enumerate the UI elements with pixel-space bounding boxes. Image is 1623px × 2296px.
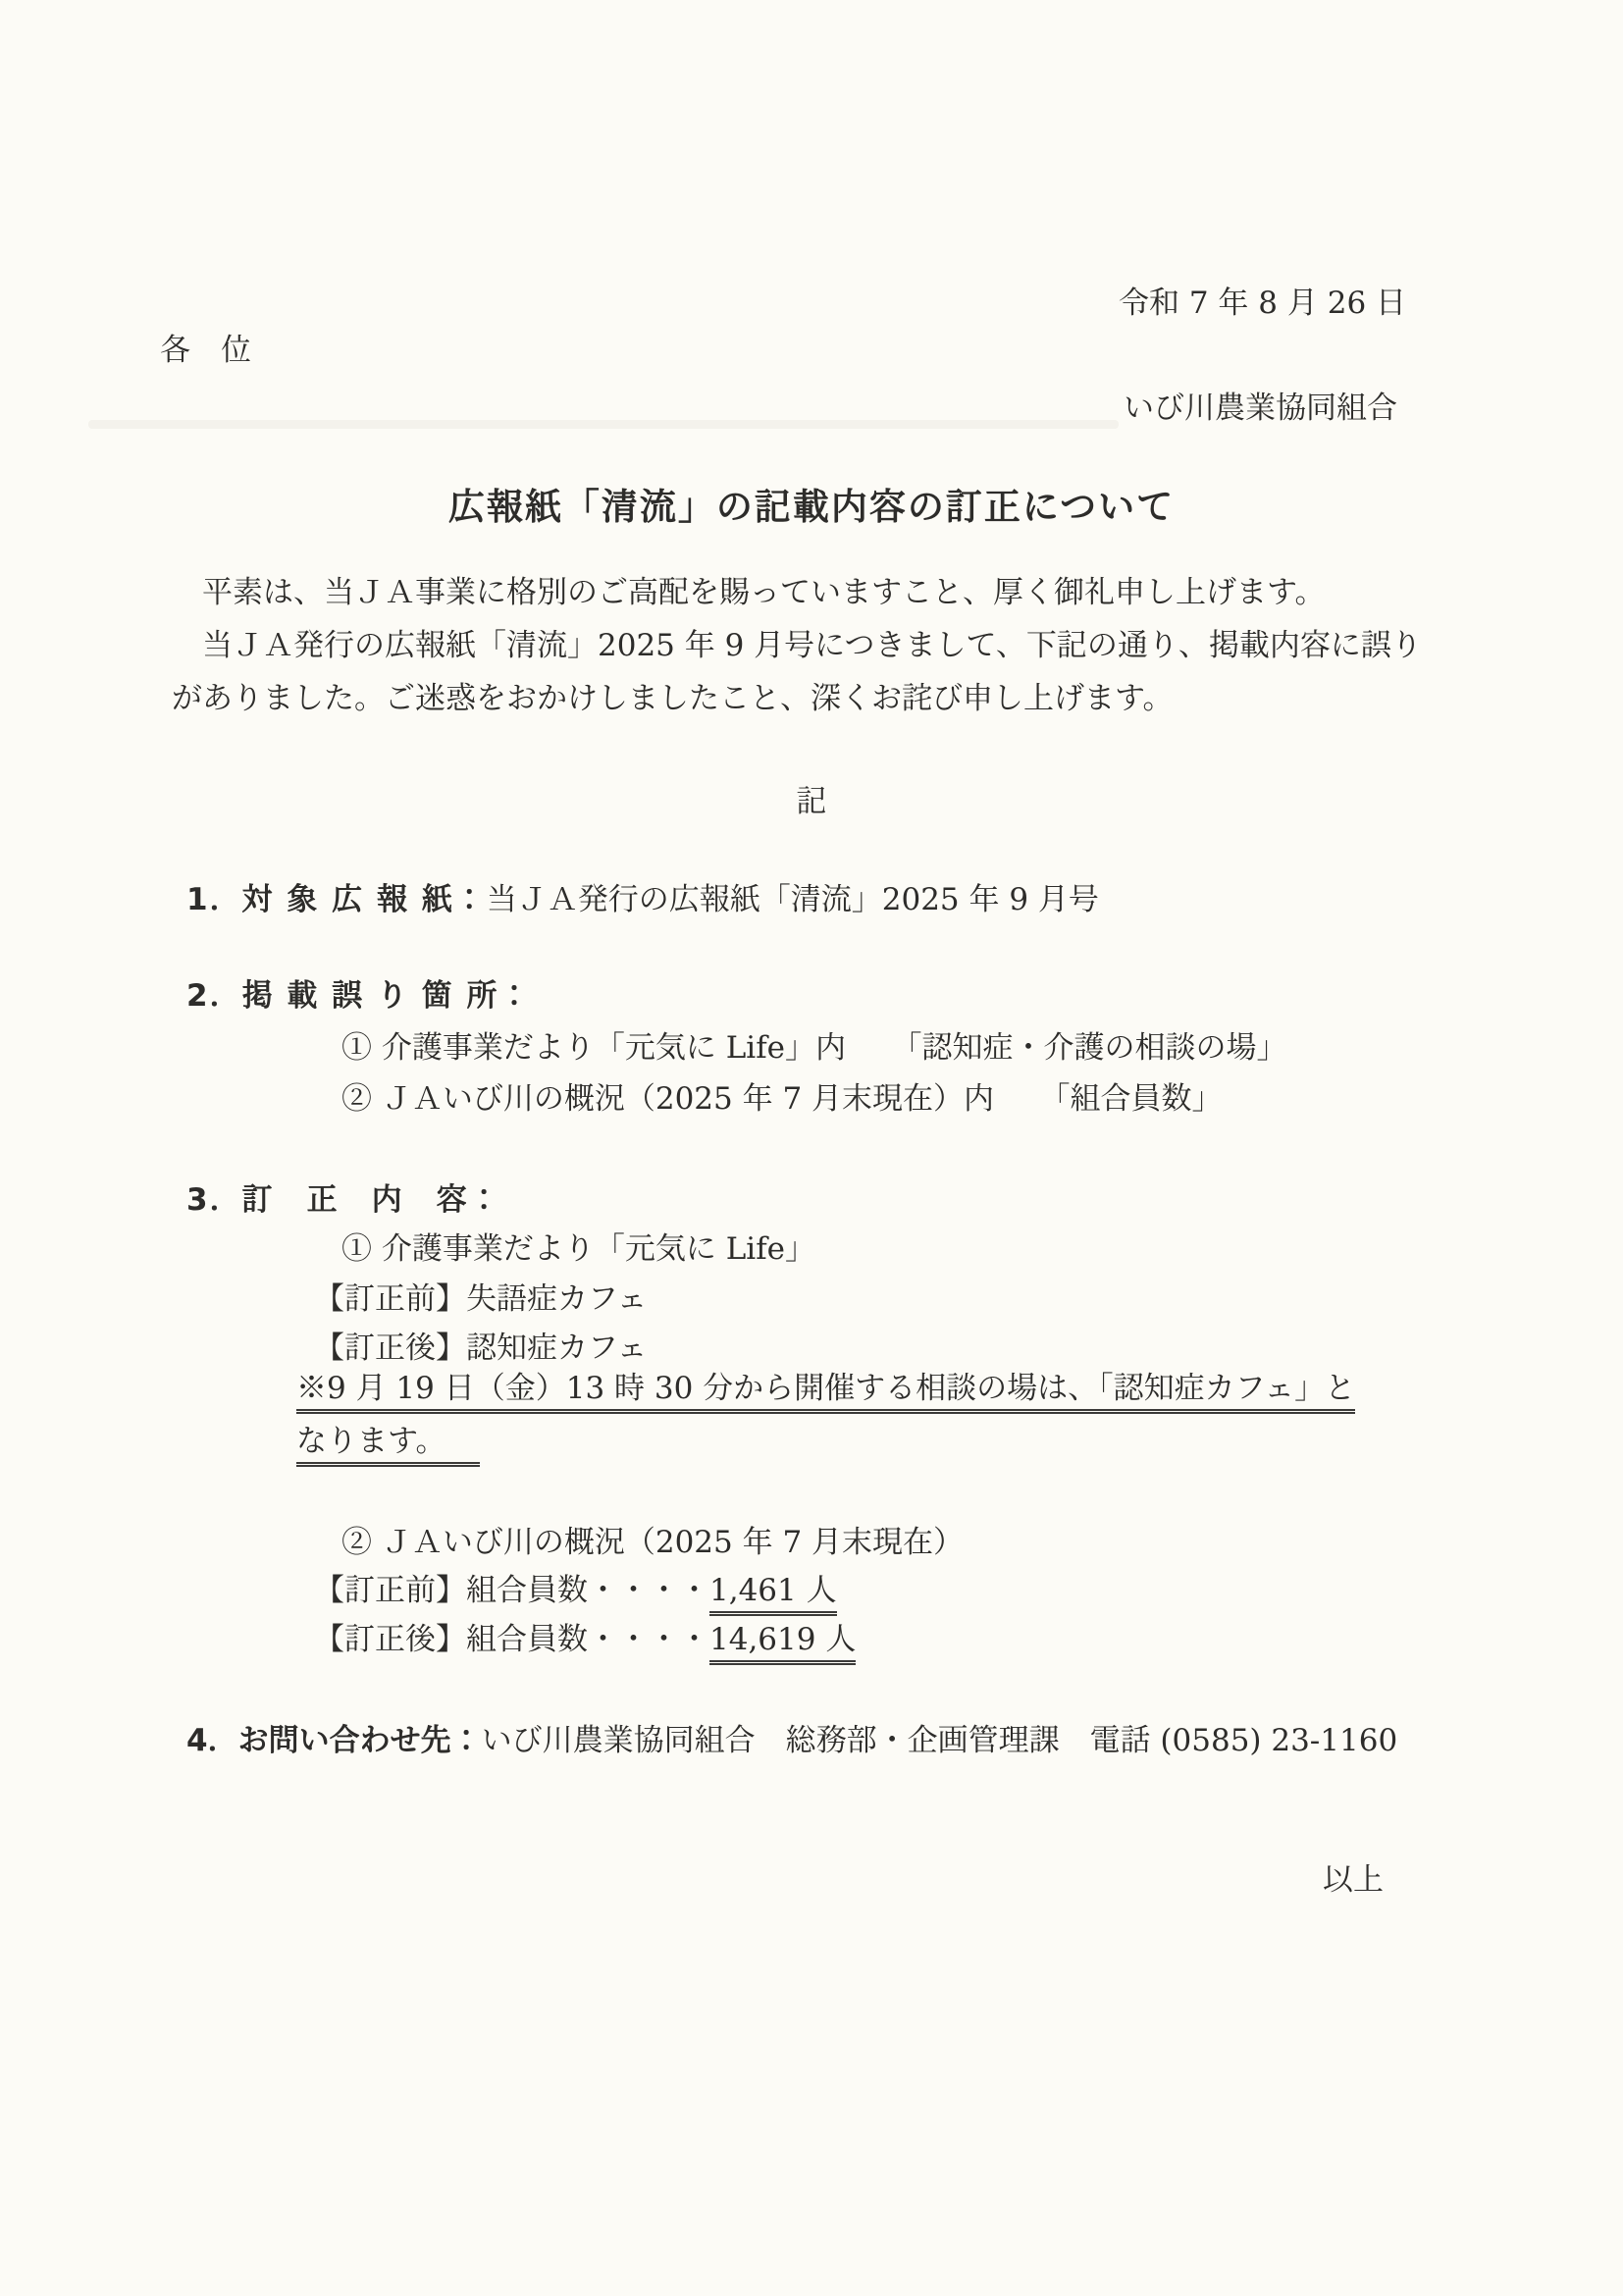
section-2-item-2: ② ＪＡいび川の概況（2025 年 7 月末現在）内 「組合員数」	[341, 1080, 1223, 1119]
correction-2-after-value: 14,619 人	[709, 1622, 856, 1665]
scanned-letter-page: 令和 7 年 8 月 26 日 各 位 いび川農業協同組合 広報紙「清流」の記載…	[0, 0, 1623, 2296]
correction-2-after-label: 【訂正後】組合員数・・・・	[314, 1622, 709, 1657]
intro-line: がありました。ご迷惑をおかけしましたこと、深くお詫び申し上げます。	[172, 680, 1422, 733]
correction-1-note: ※9 月 19 日（金）13 時 30 分から開催する相談の場は、「認知症カフェ…	[296, 1370, 1355, 1408]
intro-line: 平素は、当ＪＡ事業に格別のご高配を賜っていますこと、厚く御礼申し上げます。	[172, 574, 1422, 627]
intro-paragraph: 平素は、当ＪＡ事業に格別のご高配を賜っていますこと、厚く御礼申し上げます。 当Ｊ…	[172, 574, 1422, 733]
correction-1-note-continued: なります。	[296, 1423, 480, 1461]
section-2-label: 2．掲 載 誤 り 箇 所：	[186, 977, 532, 1016]
intro-line: 当ＪＡ発行の広報紙「清流」2025 年 9 月号につきまして、下記の通り、掲載内…	[172, 627, 1422, 680]
section-4: 4．お問い合わせ先：いび川農業協同組合 総務部・企画管理課 電話 (0585) …	[186, 1722, 1397, 1760]
correction-2-before: 【訂正前】組合員数・・・・1,461 人	[314, 1572, 837, 1610]
closing-marker: 以上	[1323, 1861, 1384, 1900]
scan-artifact	[88, 420, 1119, 429]
date-line: 令和 7 年 8 月 26 日	[1119, 285, 1406, 323]
correction-1-after: 【訂正後】認知症カフェ	[314, 1330, 647, 1368]
document-title: 広報紙「清流」の記載内容の訂正について	[0, 485, 1623, 530]
record-marker: 記	[0, 783, 1623, 821]
correction-2-before-label: 【訂正前】組合員数・・・・	[314, 1573, 709, 1608]
section-3-label: 3．訂 正 内 容：	[186, 1181, 501, 1220]
note-line-2: なります。	[296, 1424, 480, 1467]
section-1-text: 当ＪＡ発行の広報紙「清流」2025 年 9 月号	[487, 882, 1099, 917]
correction-1-before: 【訂正前】失語症カフェ	[314, 1280, 647, 1319]
correction-1-item: ① 介護事業だより「元気に Life」	[341, 1230, 815, 1269]
salutation: 各 位	[160, 332, 251, 370]
sender-name: いび川農業協同組合	[1124, 390, 1397, 428]
correction-2-item: ② ＪＡいび川の概況（2025 年 7 月末現在）	[341, 1524, 964, 1562]
section-1: 1．対 象 広 報 紙：当ＪＡ発行の広報紙「清流」2025 年 9 月号	[186, 881, 1099, 919]
section-4-label: 4．お問い合わせ先：	[186, 1723, 482, 1758]
correction-2-before-value: 1,461 人	[709, 1573, 837, 1616]
correction-2-after: 【訂正後】組合員数・・・・14,619 人	[314, 1621, 856, 1659]
note-line-1: ※9 月 19 日（金）13 時 30 分から開催する相談の場は、「認知症カフェ…	[296, 1371, 1355, 1414]
section-1-label: 1．対 象 広 報 紙：	[186, 882, 487, 917]
section-2-item-1: ① 介護事業だより「元気に Life」内 「認知症・介護の相談の場」	[341, 1029, 1287, 1068]
section-4-text: いび川農業協同組合 総務部・企画管理課 電話 (0585) 23-1160	[482, 1723, 1398, 1758]
